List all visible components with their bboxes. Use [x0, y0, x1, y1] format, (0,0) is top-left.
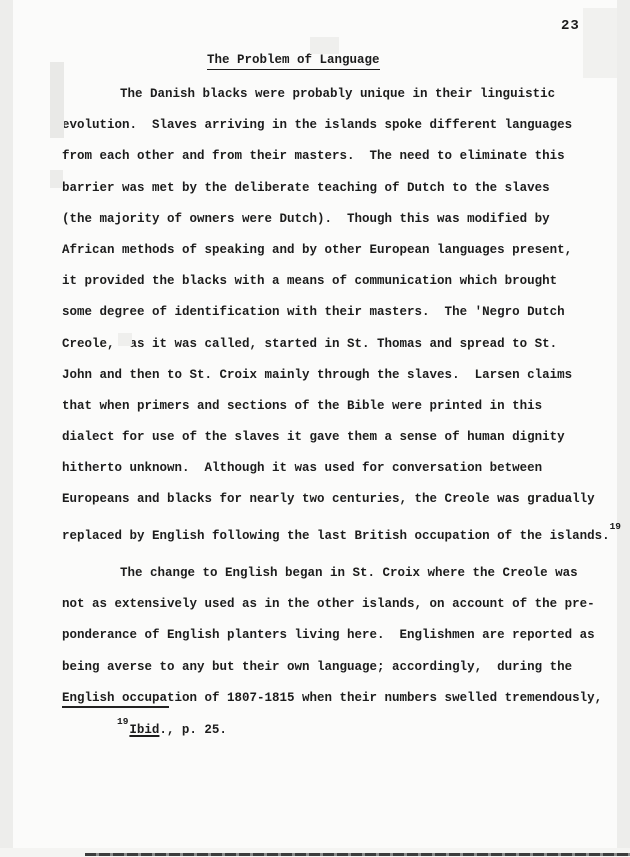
- scanned-document-page: { "colors": { "paper": "#fbfbfa", "ink":…: [0, 0, 630, 857]
- footnote-page-reference: ., p. 25.: [159, 723, 227, 737]
- text-line: some degree of identification with their…: [62, 297, 607, 328]
- text-line: evolution. Slaves arriving in the island…: [62, 110, 607, 141]
- scan-edge-shadow: [85, 853, 630, 856]
- paragraph-1: The Danish blacks were probably unique i…: [62, 79, 607, 547]
- text-line: that when primers and sections of the Bi…: [62, 391, 607, 422]
- text-line: not as extensively used as in the other …: [62, 589, 607, 620]
- text-line: English occupation of 1807-1815 when the…: [62, 683, 607, 714]
- paragraph-2: The change to English began in St. Croix…: [62, 558, 607, 714]
- section-title: The Problem of Language: [207, 53, 380, 70]
- document-page: 23 The Problem of Language The Danish bl…: [13, 0, 617, 848]
- text-line: replaced by English following the last B…: [62, 529, 610, 543]
- text-line: The change to English began in St. Croix…: [62, 558, 607, 589]
- footnote-separator-rule: [62, 706, 169, 708]
- scan-artifact-title-smudge: [310, 37, 339, 54]
- text-line: hitherto unknown. Although it was used f…: [62, 453, 607, 484]
- text-line: The Danish blacks were probably unique i…: [62, 79, 607, 110]
- text-line: John and then to St. Croix mainly throug…: [62, 360, 607, 391]
- text-line: Europeans and blacks for nearly two cent…: [62, 484, 607, 515]
- text-line: ponderance of English planters living he…: [62, 620, 607, 651]
- text-line: barrier was met by the deliberate teachi…: [62, 173, 607, 204]
- text-line: being averse to any but their own langua…: [62, 652, 607, 683]
- text-line: Creole, as it was called, started in St.…: [62, 329, 607, 360]
- page-number: 23: [561, 18, 580, 34]
- footnote-cited-work: Ibid: [129, 723, 159, 737]
- text-line-with-footnote-ref: replaced by English following the last B…: [62, 516, 607, 547]
- text-line: (the majority of owners were Dutch). Tho…: [62, 204, 607, 235]
- footnote-19: 19Ibid., p. 25.: [117, 720, 227, 737]
- text-line: African methods of speaking and by other…: [62, 235, 607, 266]
- text-line: it provided the blacks with a means of c…: [62, 266, 607, 297]
- footnote-reference-19: 19: [610, 521, 621, 532]
- text-line: dialect for use of the slaves it gave th…: [62, 422, 607, 453]
- scan-artifact-right-strip: [583, 8, 617, 78]
- footnote-marker: 19: [117, 716, 128, 727]
- text-line: from each other and from their masters. …: [62, 141, 607, 172]
